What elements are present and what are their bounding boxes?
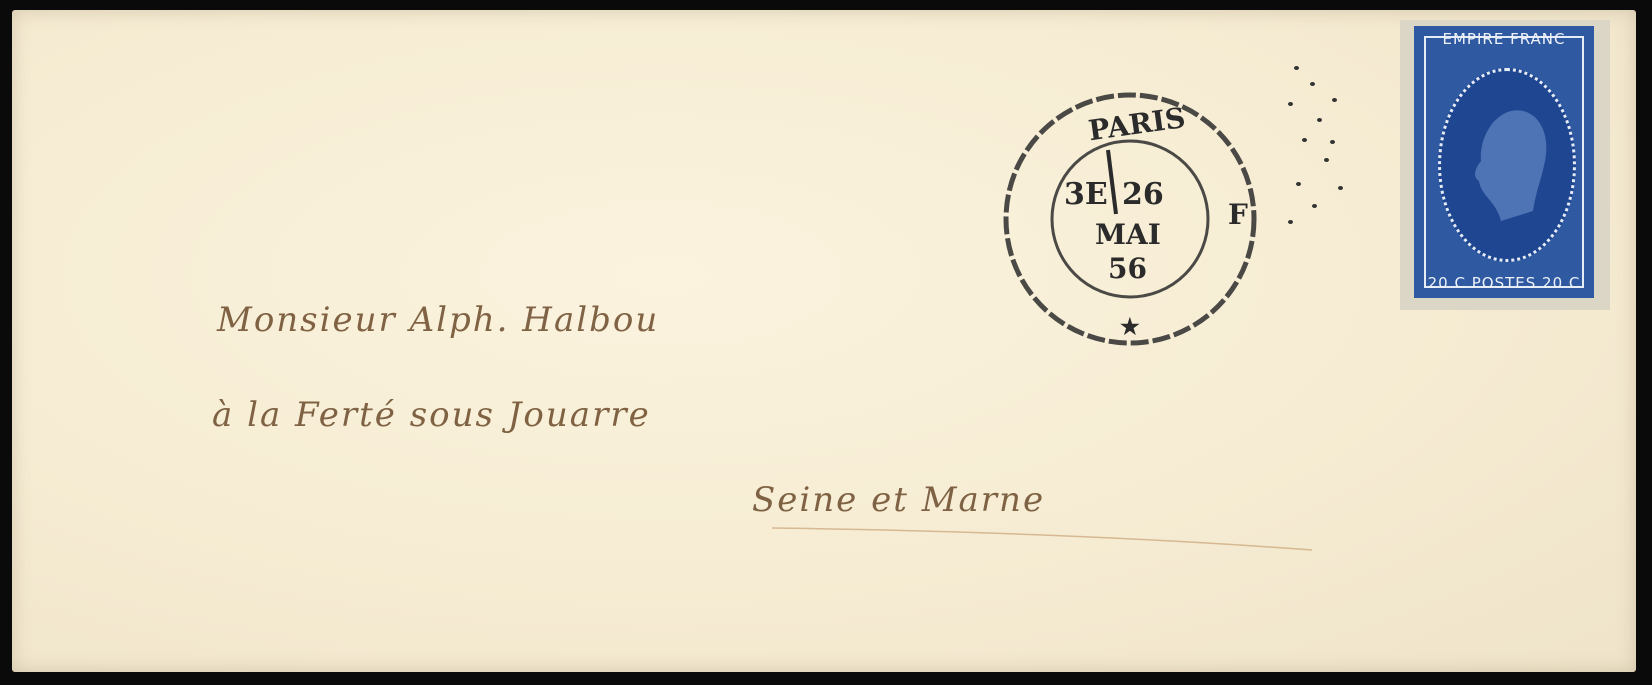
stamp-bottom-text: 20 C POSTES 20 C bbox=[1414, 274, 1594, 292]
postmark-time: 3E bbox=[1064, 177, 1108, 212]
stamp-top-text: EMPIRE FRANC bbox=[1414, 30, 1594, 48]
postmark-month: MAI bbox=[1095, 218, 1161, 251]
paris-datestamp: PARIS 3E 26 MAI 56 ★ F bbox=[1000, 84, 1260, 358]
postmark-side-letter: F bbox=[1228, 198, 1248, 231]
napoleon-portrait-medallion bbox=[1438, 68, 1576, 262]
postmark-year: 56 bbox=[1108, 252, 1147, 285]
address-line-department: Seine et Marne bbox=[752, 480, 1045, 520]
envelope: EMPIRE FRANC 20 C POSTES 20 C PARIS 3E 2… bbox=[12, 10, 1636, 672]
postmark-star: ★ bbox=[1120, 314, 1140, 340]
postmark-day: 26 bbox=[1122, 177, 1164, 212]
address-line-town: à la Ferté sous Jouarre bbox=[212, 395, 651, 435]
address-underline bbox=[772, 518, 1332, 558]
address-line-recipient: Monsieur Alph. Halbou bbox=[217, 300, 659, 340]
postage-stamp: EMPIRE FRANC 20 C POSTES 20 C bbox=[1400, 20, 1610, 310]
postmark-city: PARIS bbox=[1086, 101, 1187, 147]
